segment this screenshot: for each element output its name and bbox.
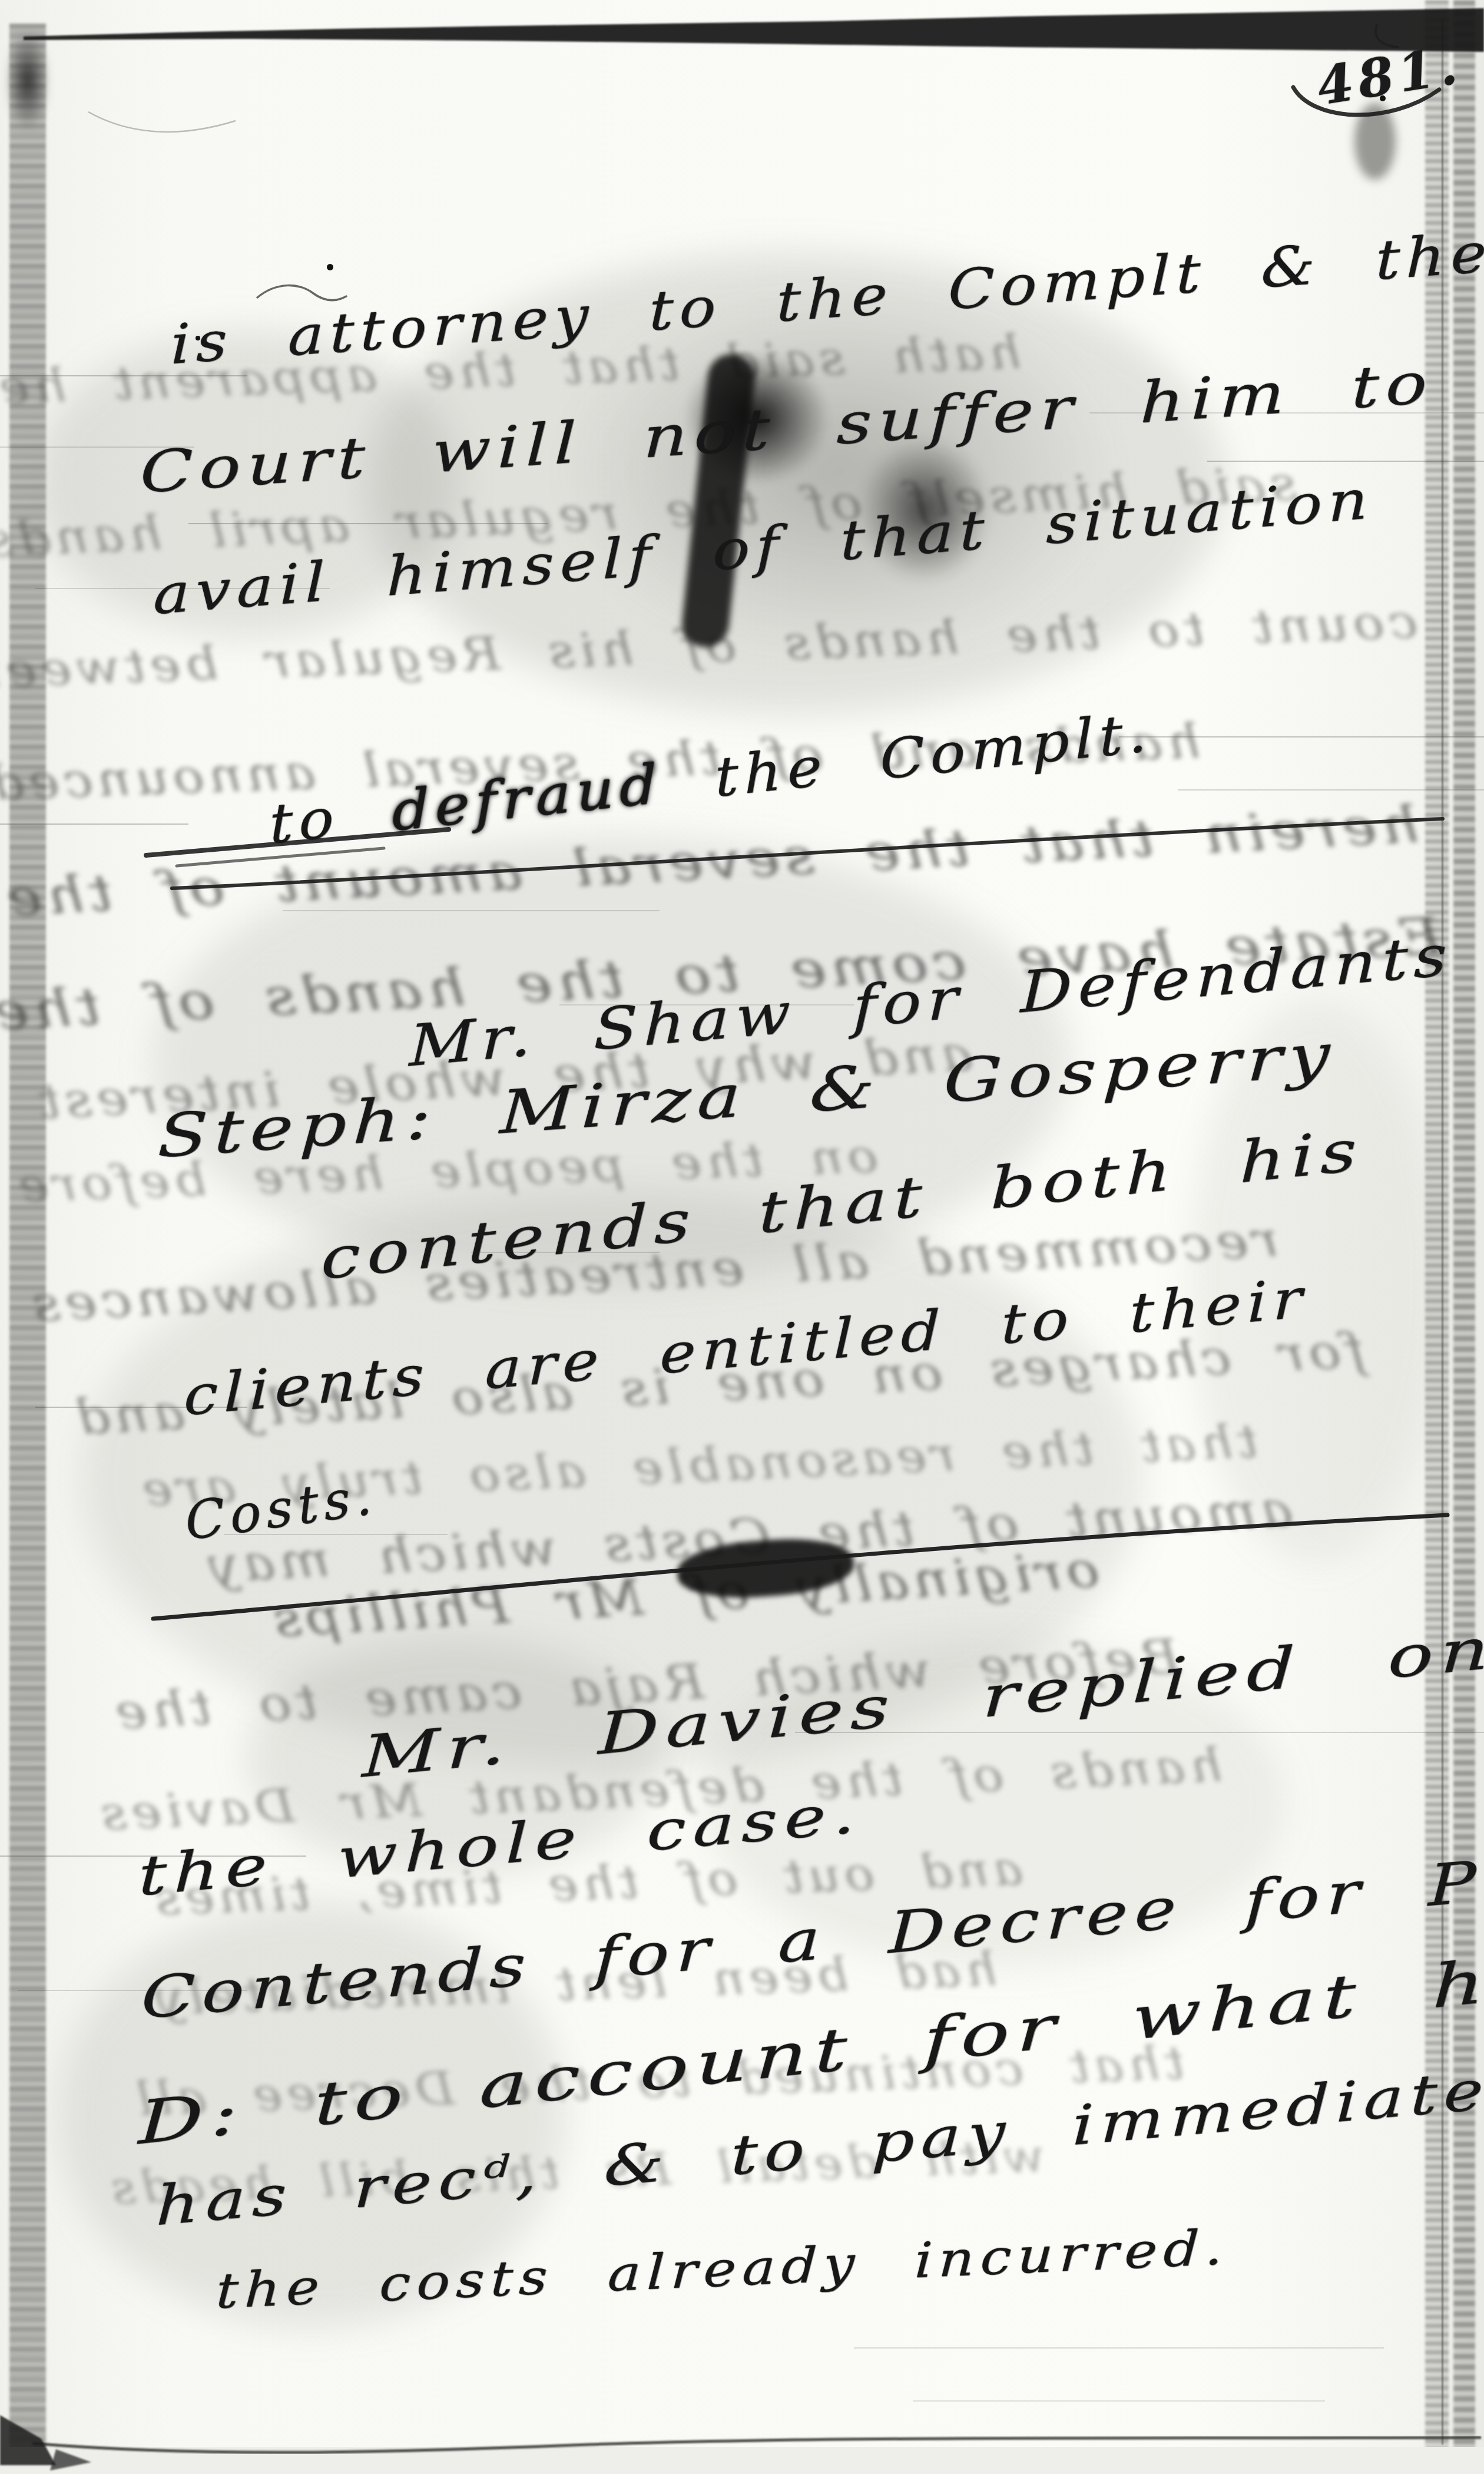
caret-squiggle (257, 286, 346, 300)
struck-line-pre: to (269, 780, 393, 856)
page-bottom-margin (0, 2447, 1484, 2474)
ink-speck (327, 264, 333, 270)
top-edge-curl (88, 112, 236, 132)
struck-line-post: the Complt. (661, 700, 1153, 815)
scan-line (854, 2347, 1384, 2349)
scan-line (913, 2400, 1325, 2402)
scan-line (1178, 789, 1484, 791)
struck-word: defraud (391, 752, 663, 844)
ink-smudge (1354, 103, 1396, 180)
binding-edge-shadow (6, 31, 49, 131)
manuscript-page: hath said that the apparent he said hims… (0, 0, 1484, 2474)
scanner-top-edge (24, 8, 1484, 52)
